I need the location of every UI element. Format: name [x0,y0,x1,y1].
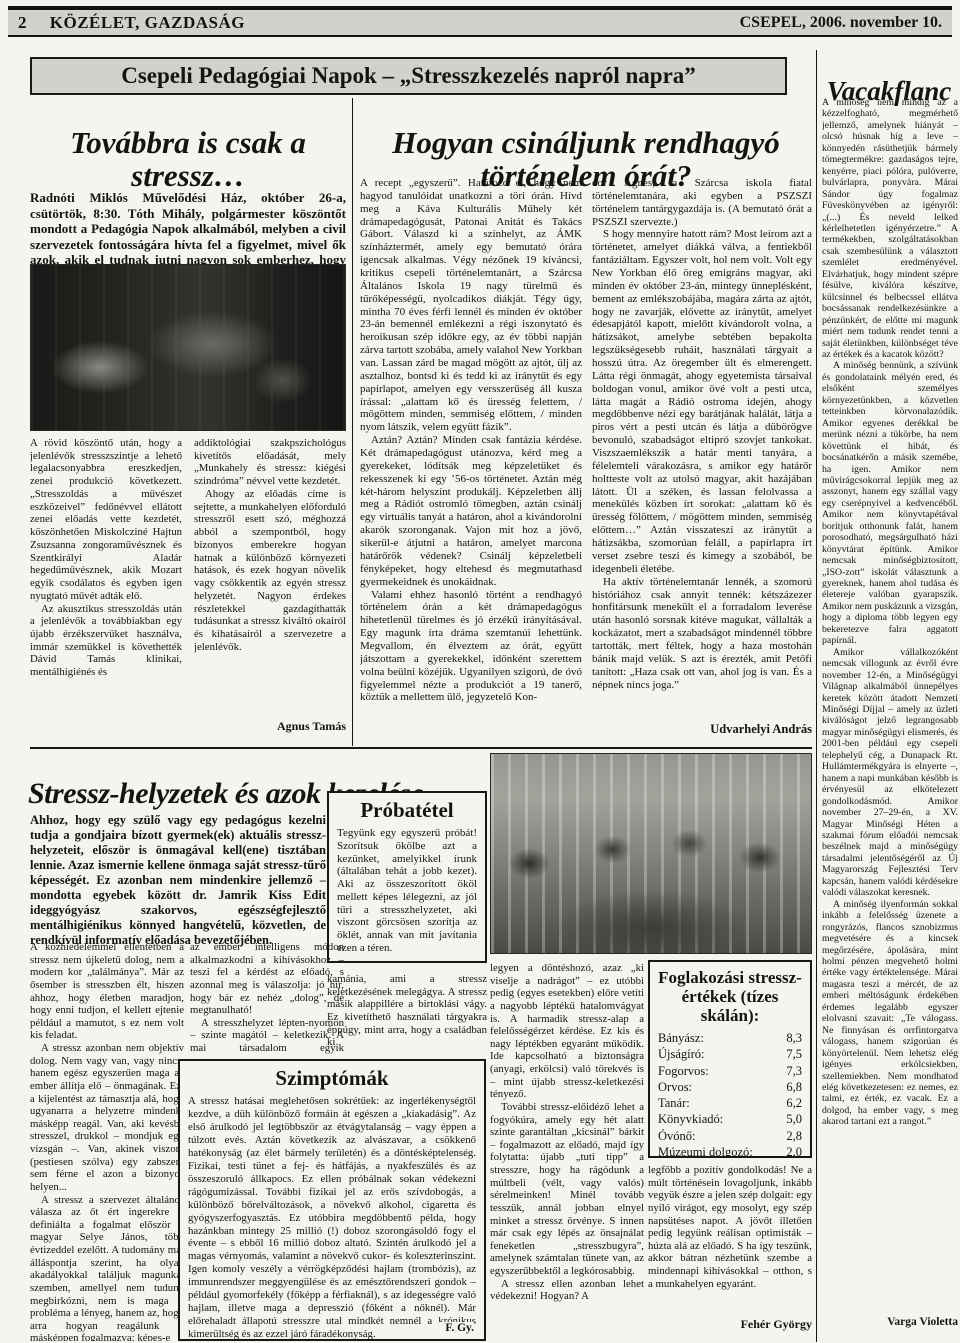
stress-values-table: Bányász:8,3Újságíró:7,5Fogorvos:7,3Orvos… [658,1030,802,1158]
article-left-lead: Radnóti Miklós Művelődési Ház, október 2… [30,190,346,274]
photo-stage-performance [30,264,346,431]
stress-value-number: 6,2 [786,1095,802,1111]
issue-date: CSEPEL, 2006. november 10. [740,14,942,32]
sidebar-byline: Varga Violetta [822,1316,958,1328]
article-left-column-1: A rövid köszöntő után, hogy a jelenlévők… [30,437,182,739]
article-middle-column-1: A recept „egyszerű”. Határozd el, hogy n… [360,177,582,743]
stress-value-label: Orvos: [658,1079,692,1095]
section-divider [30,747,812,749]
stress-value-row: Bányász:8,3 [658,1030,802,1046]
bottom-column-a: A közhiedelemmel ellentétben a stressz n… [30,941,184,1341]
page-number: 2 [18,13,27,32]
stress-value-row: Orvos:6,8 [658,1079,802,1095]
stress-value-row: Újságíró:7,5 [658,1046,802,1062]
stress-value-number: 6,8 [786,1079,802,1095]
probatetel-text: Tegyünk egy egyszerű próbát! Szorítsuk ö… [337,827,477,955]
stress-value-row: Könyvkiadó:5,0 [658,1111,802,1127]
stress-values-title: Foglakozási stressz-értékek (tízes skálá… [658,968,802,1025]
paragraph: Ha aktív történelemtanár lennék, a szomo… [592,576,812,692]
szimptomak-box: Szimptómák A stressz hatásai meglehetőse… [178,1059,486,1341]
bottom-column-e: legfőbb a pozitív gondolkodás! Ne a múlt… [648,1164,812,1314]
article-middle-column-2: dor Ágnes, a Szárcsa iskola fiatal törté… [592,177,812,720]
stress-value-number: 7,3 [786,1063,802,1079]
stress-value-label: Fogorvos: [658,1063,709,1079]
probatetel-box: Próbatétel Tegyünk egy egyszerű próbát! … [327,791,487,963]
stress-value-label: Óvónő: [658,1128,696,1144]
paragraph: A stressz a szervezet általános válasza … [30,1194,184,1342]
stress-value-row: Óvónő:2,8 [658,1128,802,1144]
paragraph: A stresszhelyzet lépten-nyomon – szinte … [190,1017,344,1055]
paragraph: Ahogy az előadás címe is sejtette, a mun… [194,488,346,654]
paragraph: A minőség ilyenformán sokkal inkább a fe… [822,899,958,1128]
stress-values-box: Foglakozási stressz-értékek (tízes skálá… [648,960,812,1158]
stress-value-number: 7,5 [786,1046,802,1062]
paragraph: Amikor vállalkozóként nemcsak villogunk … [822,647,958,899]
paragraph: A minőség bennünk, a szívünk és gondolat… [822,360,958,646]
stress-value-number: 5,0 [786,1111,802,1127]
paragraph: A stressz ellen azonban lehet védekezni!… [490,1278,644,1303]
paragraph: az ember intelligens módon alkalmazkodni… [190,941,344,1017]
bottom-column-c: kamánia, ami a stressz keletkezésének me… [327,973,487,1055]
stress-value-number: 2,8 [786,1128,802,1144]
sidebar-divider [816,50,817,1342]
photo-audience [490,753,812,954]
stress-value-label: Könyvkiadó: [658,1111,723,1127]
masthead-left: 2 KÖZÉLET, GAZDASÁG [18,13,245,33]
paragraph: addiktológiai szakpszichológus kivetítős… [194,437,346,488]
paragraph: A közhiedelemmel ellentétben a stressz n… [30,941,184,1042]
paragraph: kamánia, ami a stressz keletkezésének me… [327,973,487,1049]
paragraph: S hogy mennyire hatott rám? Most leírom … [592,228,812,575]
column-divider [352,98,353,746]
stress-value-label: Bányász: [658,1030,704,1046]
paragraph: dor Ágnes, a Szárcsa iskola fiatal törté… [592,177,812,228]
sidebar-body: A minőség nem mindig az a kézzelfogható,… [822,97,958,1311]
paragraph: Aztán? Aztán? Minden csak fantázia kérdé… [360,434,582,588]
probatetel-title: Próbatétel [337,798,477,823]
stress-value-label: Tanár: [658,1095,690,1111]
paragraph: legfőbb a pozitív gondolkodás! Ne a múlt… [648,1164,812,1290]
article-middle-byline: Udvarhelyi András [592,722,812,737]
stress-value-number: 2,0 [786,1144,802,1158]
bottom-column-d: legyen a döntéshozó, azaz „ki viselje a … [490,962,644,1341]
banner-headline: Csepeli Pedagógiai Napok – „Stresszkezel… [30,57,787,95]
paragraph: Az akusztikus stresszoldás után a jelenl… [30,603,182,679]
article-left-byline: Agnus Tamás [194,719,346,734]
stress-value-number: 8,3 [786,1030,802,1046]
paragraph: Valami ehhez hasonló történt a rendhagyó… [360,589,582,705]
paragraph: A stressz azonban nem objektív dolog. Ne… [30,1042,184,1194]
section-title: KÖZÉLET, GAZDASÁG [50,13,245,32]
bottom-section-lead: Ahhoz, hogy egy szülő vagy egy pedagógus… [30,813,326,951]
stress-value-row: Múzeumi dolgozó:2,0 [658,1144,802,1158]
bottom-column-b: az ember intelligens módon alkalmazkodni… [190,941,344,1055]
masthead: 2 KÖZÉLET, GAZDASÁG CSEPEL, 2006. novemb… [8,6,952,37]
szimptomak-text: A stressz hatásai meglehetősen sokrétűek… [188,1095,476,1341]
stress-value-row: Tanár:6,2 [658,1095,802,1111]
szimptomak-title: Szimptómák [188,1066,476,1091]
szimptomak-byline: F. Gy. [439,1322,474,1334]
stress-value-row: Fogorvos:7,3 [658,1063,802,1079]
paragraph: További stressz-előidéző lehet a fogyókú… [490,1101,644,1278]
paragraph: A recept „egyszerű”. Határozd el, hogy n… [360,177,582,434]
article-left-title: Továbbra is csak a stressz… [30,126,346,193]
article-left-column-2: addiktológiai szakpszichológus kivetítős… [194,437,346,717]
newspaper-page: 2 KÖZÉLET, GAZDASÁG CSEPEL, 2006. novemb… [0,0,960,1343]
stress-value-label: Múzeumi dolgozó: [658,1144,753,1158]
stress-value-label: Újságíró: [658,1046,705,1062]
paragraph: A minőség nem mindig az a kézzelfogható,… [822,97,958,360]
paragraph: legyen a döntéshozó, azaz „ki viselje a … [490,962,644,1101]
bottom-byline: Fehér György [648,1317,812,1332]
paragraph: A rövid köszöntő után, hogy a jelenlévők… [30,437,182,603]
